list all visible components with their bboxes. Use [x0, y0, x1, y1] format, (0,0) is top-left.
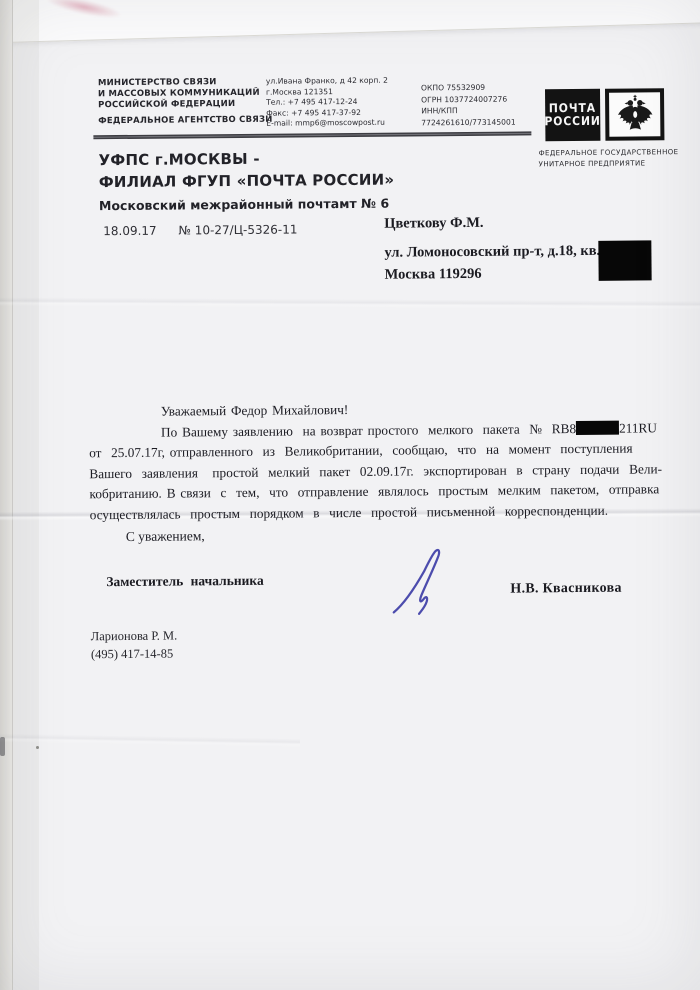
logo-brand-line2: РОССИИ: [545, 115, 602, 128]
recipient-address-line2: Москва 119296: [385, 266, 482, 284]
executor-block: Ларионова Р. М. (495) 417-14-85: [91, 628, 178, 664]
logo-caption: ФЕДЕРАЛЬНОЕ ГОСУДАРСТВЕННОЕ УНИТАРНОЕ ПР…: [539, 147, 679, 170]
recipient-name: Цветкову Ф.М.: [384, 215, 483, 233]
ministry-block: МИНИСТЕРСТВО СВЯЗИ И МАССОВЫХ КОММУНИКАЦ…: [98, 77, 260, 111]
contact-block: ул.Ивана Франко, д 42 корп. 2 г.Москва 1…: [266, 76, 389, 130]
recipient-address-line1: ул. Ломоносовский пр-т, д.18, кв.: [384, 243, 600, 262]
inn-kpp-value: 7724261610/773145001: [421, 116, 515, 128]
contact-email-line: E-mail: mmp6@moscowpost.ru: [266, 118, 388, 130]
signer-name: Н.В. Квасникова: [510, 581, 622, 598]
inn-kpp-label: ИНН/КПП: [421, 105, 515, 117]
registry-codes-block: ОКПО 75532909 ОГРН 1037724007276 ИНН/КПП…: [421, 82, 516, 129]
executor-phone: (495) 417-14-85: [91, 645, 178, 663]
letter-date: 18.09.17: [103, 224, 157, 238]
tracking-line-post: 211RU: [619, 420, 657, 435]
sender-department: Московский межрайонный почтамт № 6: [99, 196, 389, 214]
letter-ref-number: № 10-27/Ц-5326-11: [178, 222, 297, 237]
agency-line: ФЕДЕРАЛЬНОЕ АГЕНТСТВО СВЯЗИ: [98, 115, 272, 127]
ministry-line: И МАССОВЫХ КОММУНИКАЦИЙ: [98, 88, 260, 100]
logo-caption-line2: УНИТАРНОЕ ПРЕДПРИЯТИЕ: [539, 158, 679, 170]
sender-title-line2: ФИЛИАЛ ФГУП «ПОЧТА РОССИИ»: [99, 169, 395, 193]
ministry-line: РОССИЙСКОЙ ФЕДЕРАЦИИ: [98, 99, 260, 111]
executor-name: Ларионова Р. М.: [91, 628, 178, 646]
contact-address-line: ул.Ивана Франко, д 42 корп. 2: [266, 76, 388, 88]
date-ref-line: 18.09.17 № 10-27/Ц-5326-11: [103, 222, 297, 238]
tracking-line-pre: По Вашему заявлению на возврат простого …: [161, 421, 576, 440]
logo-caption-line1: ФЕДЕРАЛЬНОЕ ГОСУДАРСТВЕННОЕ: [539, 147, 679, 159]
ogrn-line: ОГРН 1037724007276: [421, 93, 515, 105]
okpo-line: ОКПО 75532909: [421, 82, 515, 94]
sender-title: УФПС г.МОСКВЫ - ФИЛИАЛ ФГУП «ПОЧТА РОССИ…: [99, 148, 395, 194]
tracking-redaction-box: [576, 420, 619, 434]
letter-body: Уважаемый Федор Михайлович! По Вашему за…: [89, 398, 635, 526]
pochta-rossii-logo: ПОЧТА РОССИИ: [545, 89, 600, 141]
handwritten-signature-icon: [379, 539, 458, 624]
closing-phrase: С уважением,: [126, 528, 205, 545]
scanned-letter-page: МИНИСТЕРСТВО СВЯЗИ И МАССОВЫХ КОММУНИКАЦ…: [0, 0, 700, 990]
header-divider-rule: [93, 131, 531, 139]
apartment-redaction-box: [598, 240, 651, 280]
signer-title: Заместитель начальника: [106, 573, 264, 590]
sender-title-line1: УФПС г.МОСКВЫ -: [99, 148, 395, 172]
body-line: осуществлялась простым порядком в числе …: [90, 500, 635, 525]
double-headed-eagle-icon: [605, 88, 664, 141]
